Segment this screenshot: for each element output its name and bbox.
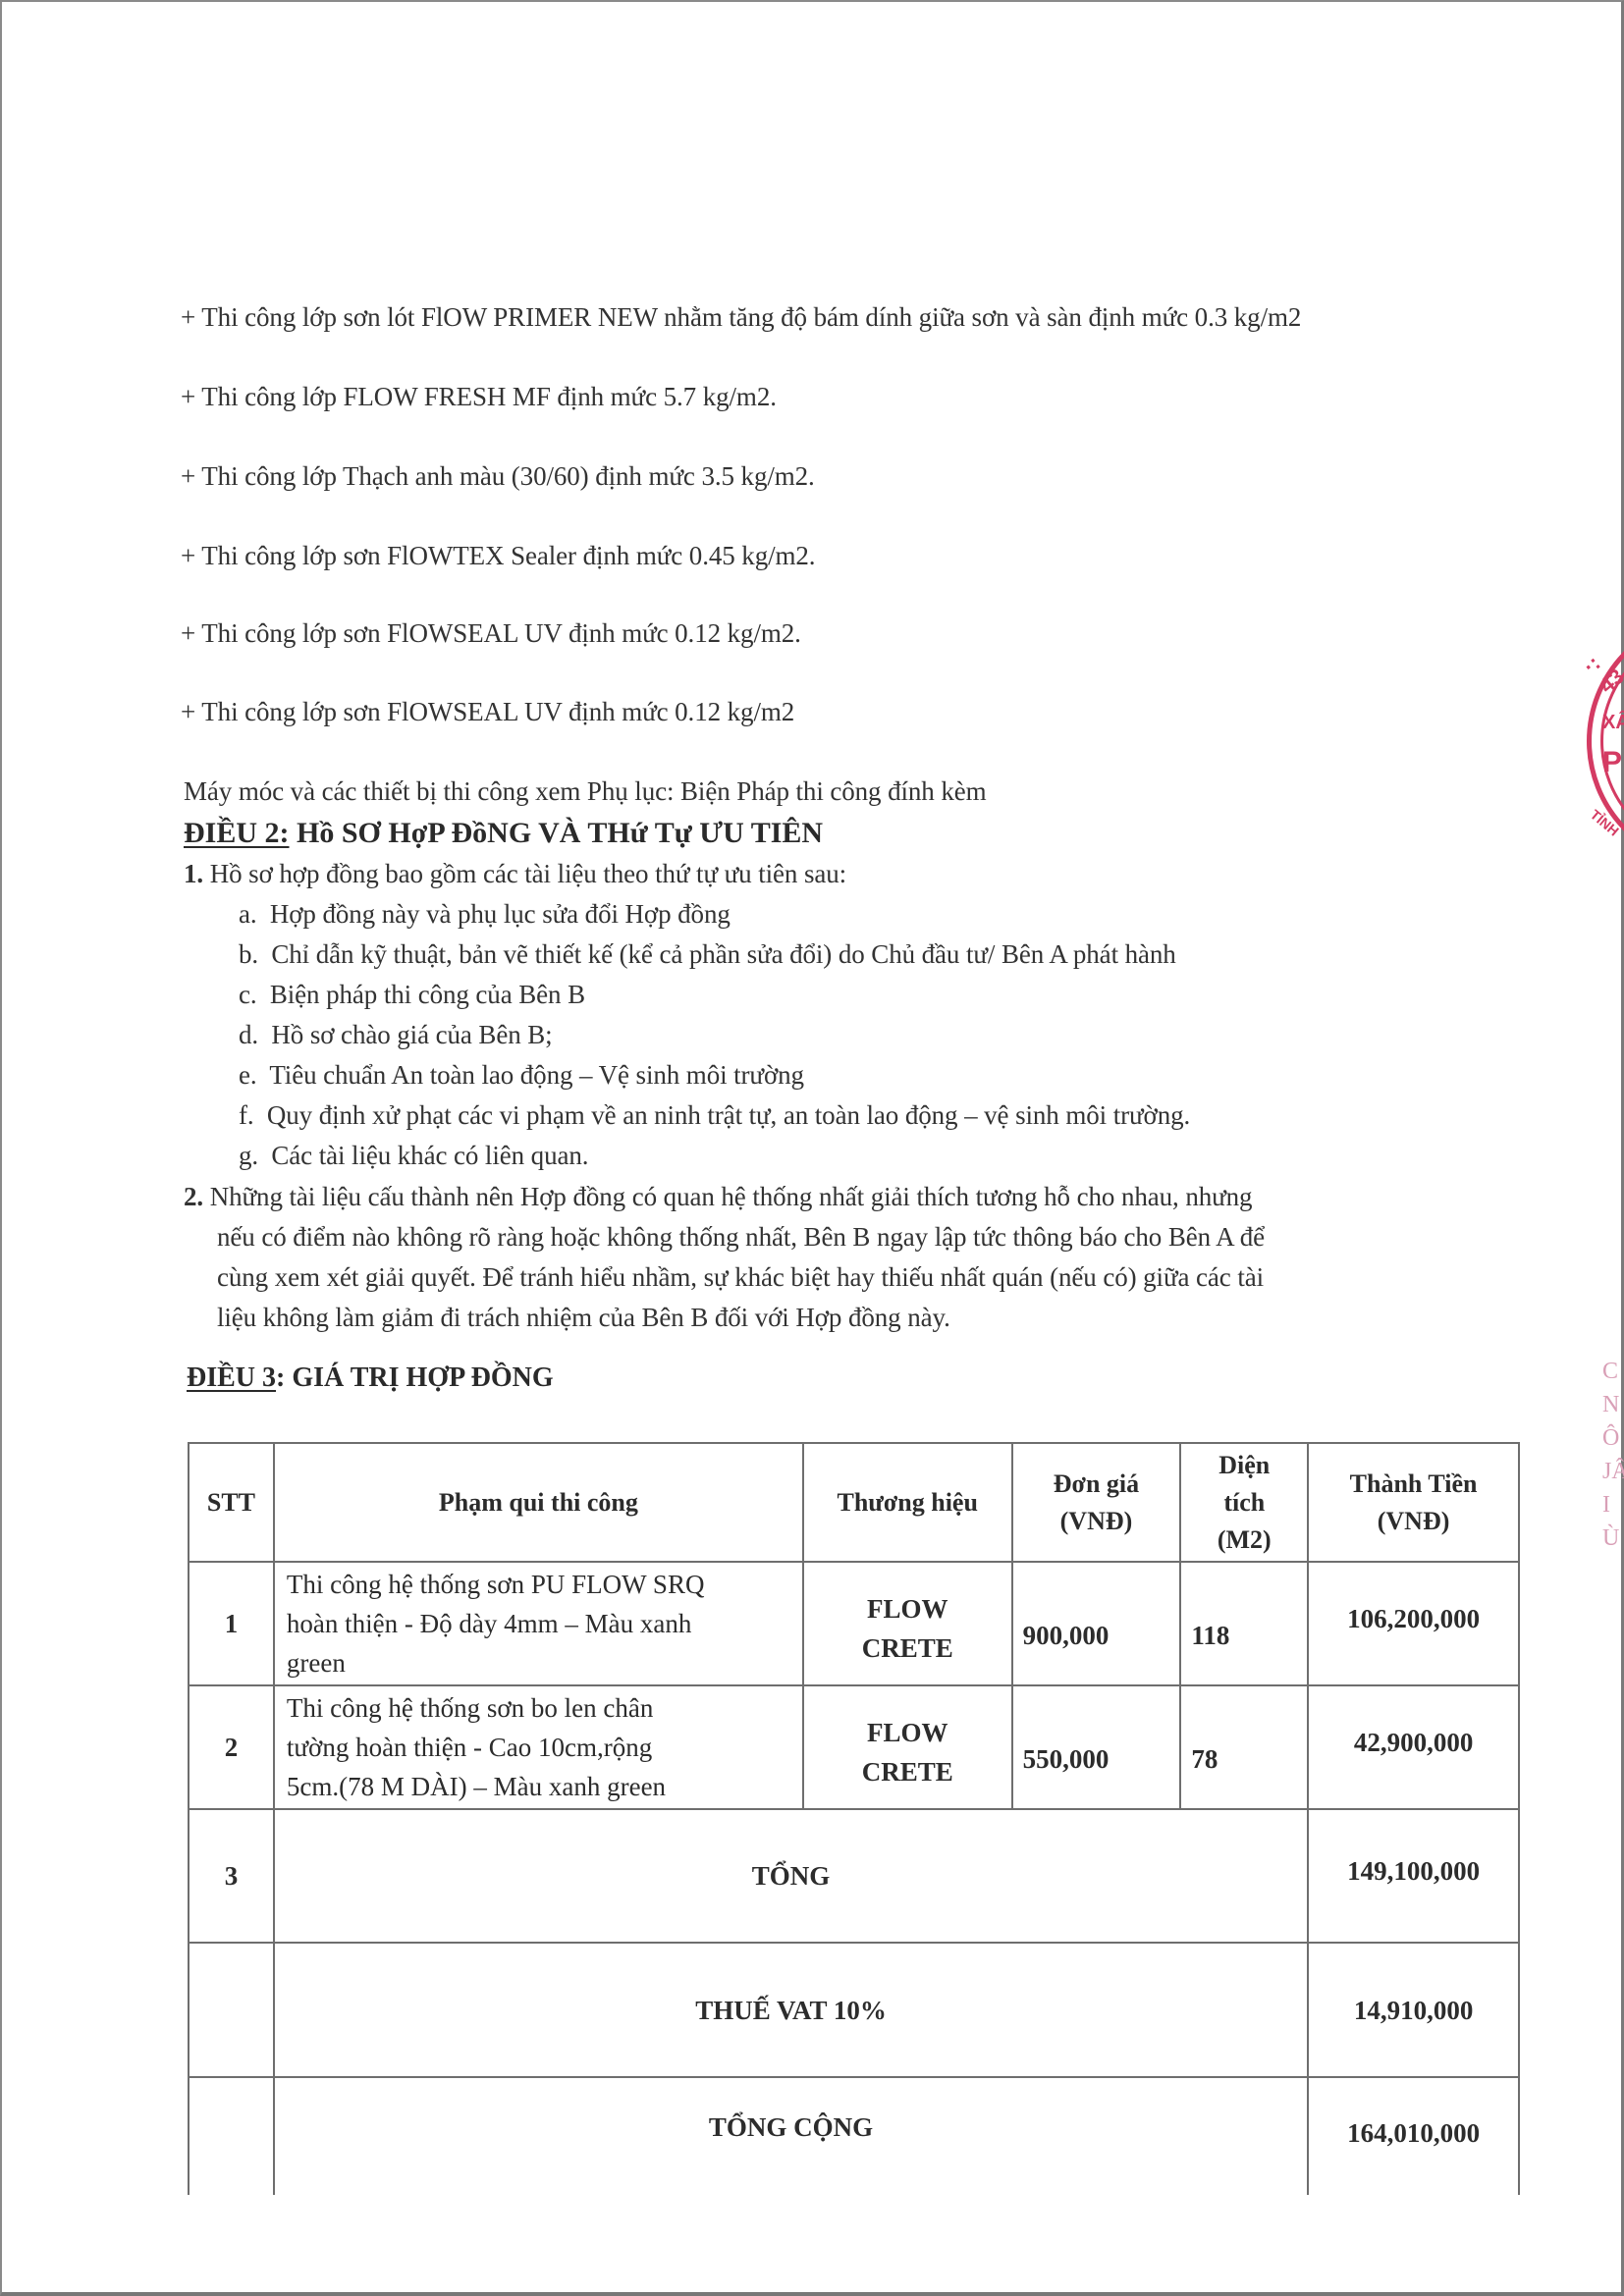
construction-step: + Thi công lớp sơn FlOWSEAL UV định mức … [181, 695, 794, 728]
list-item: b. Chỉ dẫn kỹ thuật, bản vẽ thiết kế (kể… [239, 937, 1176, 971]
clause-2-line: nếu có điểm nào không rõ ràng hoặc không… [217, 1220, 1265, 1254]
row-scope: Thi công hệ thống sơn bo len chântường h… [274, 1685, 803, 1809]
header-total: Thành Tiền(VNĐ) [1308, 1443, 1519, 1562]
article-3-title: : GIÁ TRỊ HỢP ĐỒNG [276, 1362, 554, 1393]
row-total: 42,900,000 [1308, 1685, 1519, 1809]
vat-value: 14,910,000 [1308, 1943, 1519, 2077]
subtotal-label: TỔNG [274, 1809, 1308, 1943]
vat-row: THUẾ VAT 10% 14,910,000 [189, 1943, 1519, 2077]
clause-2-line: liệu không làm giảm đi trách nhiệm của B… [217, 1301, 950, 1334]
row-unit-price: 900,000 [1012, 1562, 1181, 1685]
company-stamp: ·: 43 XÂYD PHA TỈNH [1579, 614, 1624, 879]
clause-1-number: 1. [184, 859, 203, 888]
row-area: 118 [1180, 1562, 1308, 1685]
contract-value-table: STT Phạm qui thi công Thương hiệu Đơn gi… [188, 1442, 1520, 2195]
header-stt: STT [189, 1443, 274, 1562]
table-row: 1 Thi công hệ thống sơn PU FLOW SRQhoàn … [189, 1562, 1519, 1685]
row-brand: FLOWCRETE [803, 1562, 1012, 1685]
row-stt: 2 [189, 1685, 274, 1809]
clause-2-line: cùng xem xét giải quyết. Để tránh hiểu n… [217, 1260, 1264, 1294]
vat-label: THUẾ VAT 10% [274, 1943, 1308, 2077]
article-2-title: Hồ SƠ HợP ĐồNG VÀ THứ Tự ƯU TIÊN [290, 817, 824, 849]
faded-stamp: C N Ô JÂ I Ù [1602, 1355, 1624, 1620]
row-scope: Thi công hệ thống sơn PU FLOW SRQhoàn th… [274, 1562, 803, 1685]
row-stt: 1 [189, 1562, 274, 1685]
list-item: d. Hồ sơ chào giá của Bên B; [239, 1018, 553, 1051]
grand-total-row: TỔNG CỘNG 164,010,000 [189, 2077, 1519, 2195]
subtotal-row: 3 TỔNG 149,100,000 [189, 1809, 1519, 1943]
construction-step: + Thi công lớp FLOW FRESH MF định mức 5.… [181, 380, 777, 413]
header-area: Diệntích(M2) [1180, 1443, 1308, 1562]
construction-step: + Thi công lớp sơn FlOWTEX Sealer định m… [181, 539, 815, 572]
construction-step: + Thi công lớp sơn lót FlOW PRIMER NEW n… [181, 300, 1301, 334]
header-scope: Phạm qui thi công [274, 1443, 803, 1562]
clause-1-text: Hồ sơ hợp đồng bao gồm các tài liệu theo… [203, 859, 846, 888]
clause-1: 1. Hồ sơ hợp đồng bao gồm các tài liệu t… [184, 857, 846, 890]
article-2-heading: ĐIỀU 2: Hồ SƠ HợP ĐồNG VÀ THứ Tự ƯU TIÊN [184, 816, 823, 851]
clause-2-number: 2. [184, 1182, 203, 1211]
article-2-label: ĐIỀU 2: [184, 817, 290, 849]
grand-total-stt [189, 2077, 274, 2195]
clause-2-line: 2. Những tài liệu cấu thành nên Hợp đồng… [184, 1180, 1252, 1213]
list-item: c. Biện pháp thi công của Bên B [239, 978, 585, 1011]
list-item: a. Hợp đồng này và phụ lục sửa đổi Hợp đ… [239, 897, 731, 931]
article-3-heading: ĐIỀU 3: GIÁ TRỊ HỢP ĐỒNG [187, 1361, 554, 1396]
row-area: 78 [1180, 1685, 1308, 1809]
grand-total-value: 164,010,000 [1308, 2077, 1519, 2195]
table-row: 2 Thi công hệ thống sơn bo len chântường… [189, 1685, 1519, 1809]
header-unit-price: Đơn giá(VNĐ) [1012, 1443, 1181, 1562]
row-total: 106,200,000 [1308, 1562, 1519, 1685]
row-unit-price: 550,000 [1012, 1685, 1181, 1809]
grand-total-label: TỔNG CỘNG [274, 2077, 1308, 2195]
list-item: e. Tiêu chuẩn An toàn lao động – Vệ sinh… [239, 1058, 804, 1092]
list-item: f. Quy định xử phạt các vi phạm về an ni… [239, 1098, 1190, 1132]
row-brand: FLOWCRETE [803, 1685, 1012, 1809]
vat-stt [189, 1943, 274, 2077]
subtotal-stt: 3 [189, 1809, 274, 1943]
subtotal-value: 149,100,000 [1308, 1809, 1519, 1943]
header-brand: Thương hiệu [803, 1443, 1012, 1562]
construction-step: + Thi công lớp Thạch anh màu (30/60) địn… [181, 459, 815, 493]
equipment-note: Máy móc và các thiết bị thi công xem Phụ… [184, 774, 987, 808]
article-3-label: ĐIỀU 3 [187, 1362, 276, 1393]
table-header-row: STT Phạm qui thi công Thương hiệu Đơn gi… [189, 1443, 1519, 1562]
list-item: g. Các tài liệu khác có liên quan. [239, 1139, 588, 1172]
construction-step: + Thi công lớp sơn FlOWSEAL UV định mức … [181, 616, 801, 650]
